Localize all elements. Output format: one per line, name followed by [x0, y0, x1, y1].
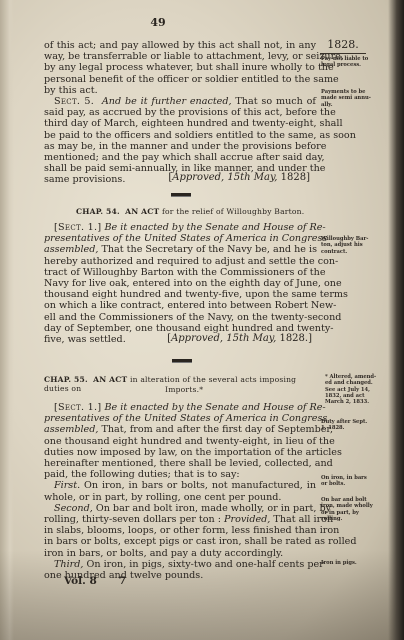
chapter-55-heading-line2: Imports.*	[165, 385, 203, 394]
text-line: Second, On bar and bolt iron, made wholl…	[44, 503, 316, 514]
approval-note-1: [Approved, 15th May, 1828]	[120, 172, 310, 183]
section-5-heading: Sect. 5. And be it further enacted, That…	[44, 96, 316, 107]
text-line: in slabs, blooms, loops, or other form, …	[44, 525, 316, 536]
text-line: thousand eight hundred and twenty-five, …	[44, 289, 316, 300]
text-line: assembled, That the Secretary of the Nav…	[44, 244, 316, 255]
text-line: [Sect. 1.] Be it enacted by the Senate a…	[44, 402, 316, 413]
text-line: tract of Willoughby Barton with the Comm…	[44, 267, 316, 278]
text-line: assembled, That, from and after the firs…	[44, 424, 316, 435]
chapter-54-body: [Sect. 1.] Be it enacted by the Senate a…	[44, 222, 316, 345]
text-line: as may be, in the manner and under the p…	[44, 141, 316, 152]
text-line: third day of March, eighteen hundred and…	[44, 118, 316, 129]
text-line: said pay, as accrued by the provisions o…	[44, 107, 316, 118]
signature-mark: 7	[119, 575, 126, 587]
scanned-page: 49 1828. of this act; and pay allowed by…	[0, 0, 404, 640]
margin-note-bar-bolt-iron: On bar and bolt iron, made wholly or in …	[321, 497, 379, 522]
margin-note-iron-pigs: Iron in pigs.	[321, 560, 379, 566]
text-line: on which a like contract, entered into b…	[44, 300, 316, 311]
text-line: mentioned; and the pay which shall accru…	[44, 152, 316, 163]
margin-note-willoughby-barton: Willoughby Bar- ton, adjust his contract…	[321, 236, 379, 255]
text-line: whole, or in part, by rolling, one cent …	[44, 492, 316, 503]
margin-note-duty-after-sept: Duty after Sept. 1, 1828.	[321, 419, 379, 432]
text-line: rolling, thirty-seven dollars per ton : …	[44, 514, 316, 525]
margin-note-payments-semi-annual: Payments to be made semi annu- ally.	[321, 89, 379, 108]
text-line: [Sect. 1.] Be it enacted by the Senate a…	[44, 222, 316, 233]
chapter-54-heading: CHAP. 54. AN ACT for the relief of Willo…	[76, 207, 304, 216]
page-footer: Vol. 87	[64, 575, 126, 587]
text-line: be paid to the officers and soldiers ent…	[44, 130, 316, 141]
text-line: way, be transferrable or liable to attac…	[44, 51, 316, 62]
margin-note-altered: * Altered, amend- ed and changed. See ac…	[325, 374, 383, 405]
margin-note-on-iron-bars: On iron, in bars or bolts.	[321, 475, 379, 488]
text-line: personal benefit of the officer or soldi…	[44, 74, 316, 85]
text-line: iron in bars, or bolts, and pay a duty a…	[44, 548, 316, 559]
text-line: by this act.	[44, 85, 316, 96]
text-line: presentatives of the United States of Am…	[44, 413, 316, 424]
separator-rule	[172, 359, 192, 363]
text-line: ell and the Commissioners of the Navy, o…	[44, 312, 316, 323]
text-line: one thousand eight hundred and twenty-ei…	[44, 436, 316, 447]
text-line: duties now imposed by law, on the import…	[44, 447, 316, 458]
text-line: hereinafter mentioned, there shall be le…	[44, 458, 316, 469]
margin-note-pay-not-liable: Pay not liable to legal process.	[321, 56, 379, 69]
page-number: 49	[0, 16, 316, 29]
text-line: Navy for live oak, entered into on the e…	[44, 278, 316, 289]
text-line: hereby authorized and required to adjust…	[44, 256, 316, 267]
separator-rule	[171, 193, 191, 197]
text-line: First. On iron, in bars or bolts, not ma…	[44, 480, 316, 491]
text-line: paid, the following duties; that is to s…	[44, 469, 316, 480]
text-line: by any legal process whatever, but shall…	[44, 62, 316, 73]
approval-note-2: [Approved, 15th May, 1828.]	[120, 333, 312, 344]
chapter-55-body: [Sect. 1.] Be it enacted by the Senate a…	[44, 402, 316, 581]
text-line: in bars or bolts, except pigs or cast ir…	[44, 536, 316, 547]
section-4-continuation: of this act; and pay allowed by this act…	[44, 40, 316, 186]
volume-label: Vol. 8	[64, 575, 97, 587]
text-line: presentatives of the United States of Am…	[44, 233, 316, 244]
text-line: of this act; and pay allowed by this act…	[44, 40, 316, 51]
text-line: Third, On iron, in pigs, sixty-two and o…	[44, 559, 316, 570]
